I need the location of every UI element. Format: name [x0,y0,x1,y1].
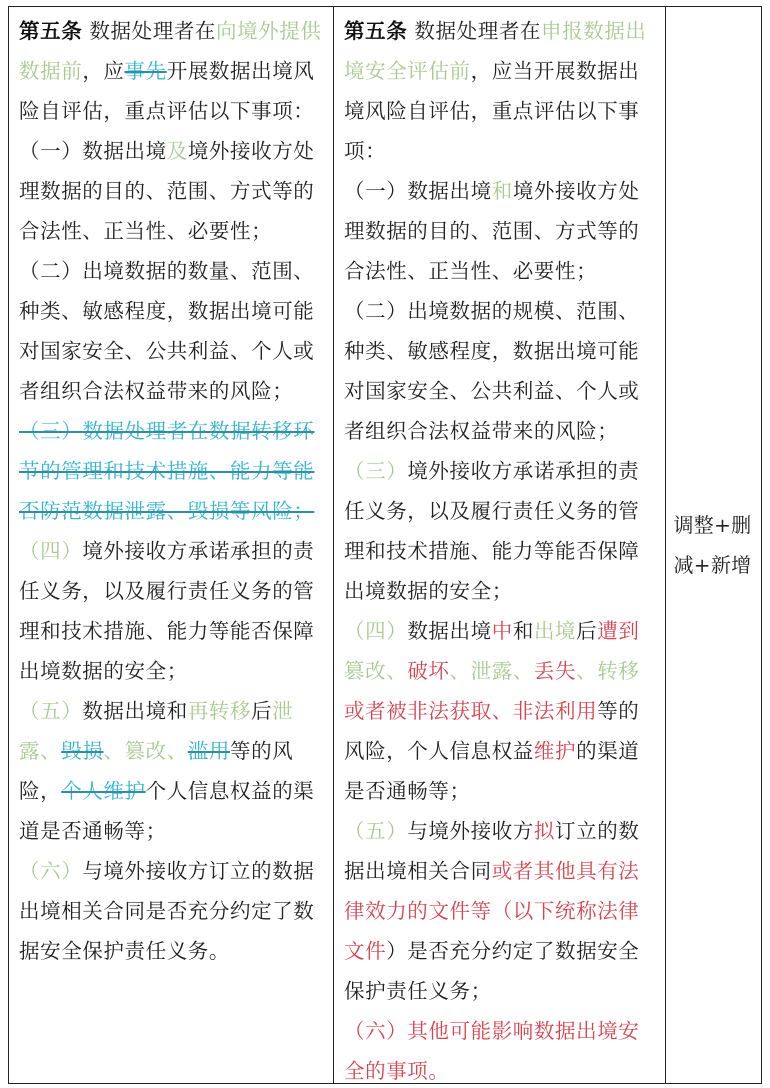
added-text: 破坏 [407,659,449,683]
old-item-3-deleted: （三）数据处理者在数据转移环节的管理和技术措施、能力等能否防范数据泄露、毁损等风… [19,411,325,531]
old-item-2: （二）出境数据的数量、范围、种类、敏感程度，数据出境可能对国家安全、公共利益、个… [19,251,325,411]
deleted-text: 滥用 [188,739,230,763]
added-text: 遭到 [597,619,639,643]
change-note-column: 调整+删减+新增 [666,7,761,1083]
old-version-column: 第五条 数据处理者在向境外提供数据前，应事先开展数据出境风险自评估，重点评估以下… [9,7,334,1083]
added-text: 或者被非法获取、非法利用 [344,699,597,723]
added-text: 拟 [534,819,555,843]
old-item-1: （一）数据出境及境外接收方处理数据的目的、范围、方式等的合法性、正当性、必要性； [19,131,325,251]
added-text: 维护 [534,739,576,763]
article-label: 第五条 [344,19,407,43]
old-intro: 第五条 数据处理者在向境外提供数据前，应事先开展数据出境风险自评估，重点评估以下… [19,11,325,131]
modified-text: 及 [167,139,188,163]
old-item-5: （五）数据出境和再转移后泄露、毁损、篡改、滥用等的风险，个人维护个人信息权益的渠… [19,691,325,851]
new-item-1: （一）数据出境和境外接收方处理数据的目的、范围、方式等的合法性、正当性、必要性； [344,171,657,291]
new-version-column: 第五条 数据处理者在申报数据出境安全评估前，应当开展数据出境风险自评估，重点评估… [334,7,666,1083]
deleted-text: 事先 [125,59,167,83]
new-item-4: （四）数据出境中和出境后遭到篡改、破坏、泄露、丢失、转移或者被非法获取、非法利用… [344,611,657,811]
new-item-6: （六）其他可能影响数据出境安全的事项。 [344,1011,657,1088]
new-item-5: （五）与境外接收方拟订立的数据出境相关合同或者其他具有法律效力的文件等（以下统称… [344,811,657,1011]
deleted-text: （三） [19,419,82,443]
new-item-2: （二）出境数据的规模、范围、种类、敏感程度，数据出境可能对国家安全、公共利益、个… [344,291,657,451]
new-intro: 第五条 数据处理者在申报数据出境安全评估前，应当开展数据出境风险自评估，重点评估… [344,11,657,171]
new-item-3: （三）境外接收方承诺承担的责任义务，以及履行责任义务的管理和技术措施、能力等能否… [344,451,657,611]
comparison-table: 第五条 数据处理者在向境外提供数据前，应事先开展数据出境风险自评估，重点评估以下… [8,6,762,1084]
old-item-4: （四）境外接收方承诺承担的责任义务，以及履行责任义务的管理和技术措施、能力等能否… [19,531,325,691]
change-note: 调整+删减+新增 [674,505,754,585]
added-text: 中 [492,619,513,643]
old-item-6: （六）与境外接收方订立的数据出境相关合同是否充分约定了数据安全保护责任义务。 [19,851,325,971]
added-text: （六） [344,1019,407,1043]
deleted-text: 个人维护 [61,779,145,803]
deleted-text: 毁损 [61,739,103,763]
article-label: 第五条 [19,19,82,43]
added-text: 丢失 [534,659,576,683]
